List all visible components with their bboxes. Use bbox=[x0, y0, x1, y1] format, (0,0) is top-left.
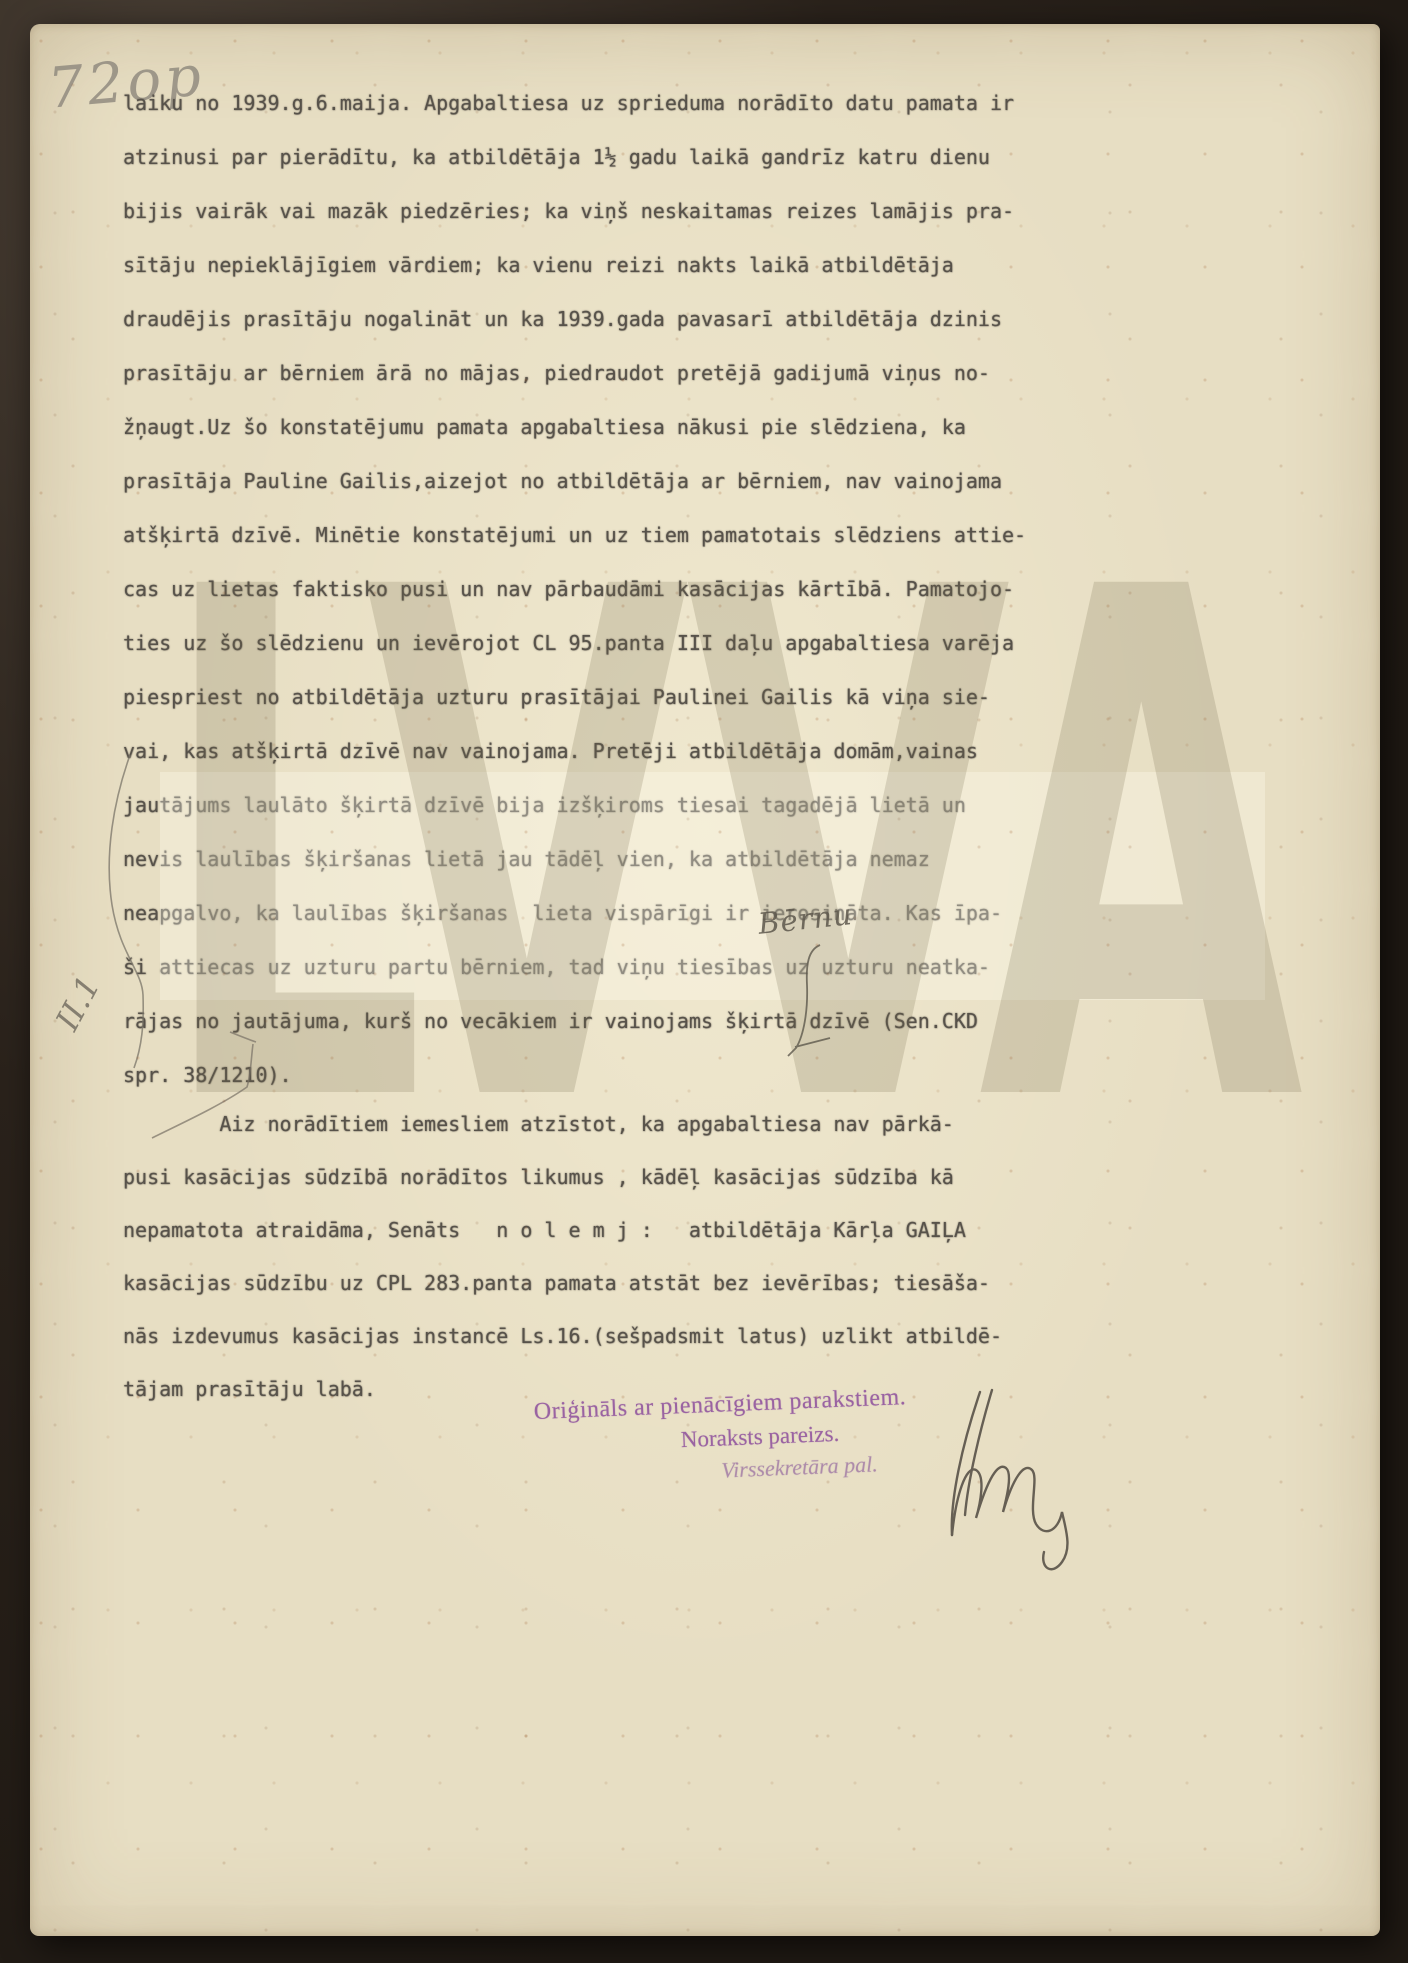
certification-stamp: Oriģināls ar pienācīgiem parakstiem. Nor… bbox=[533, 1381, 986, 1491]
margin-annotation: II.1 bbox=[48, 969, 108, 1036]
scanned-archive-page: { "annotations": { "page_number": "72op"… bbox=[0, 0, 1408, 1963]
stamp-line-secretary: Virssekretāra pal. bbox=[721, 1447, 987, 1484]
document-page: 72op laiku no 1939.g.6.maija. Apgabaltie… bbox=[30, 24, 1380, 1936]
typed-paragraph-findings: laiku no 1939.g.6.maija. Apgabaltiesa uz… bbox=[123, 76, 1026, 1102]
typed-paragraph-ruling: Aiz norādītiem iemesliem atzīstot, ka ap… bbox=[123, 1098, 1002, 1416]
